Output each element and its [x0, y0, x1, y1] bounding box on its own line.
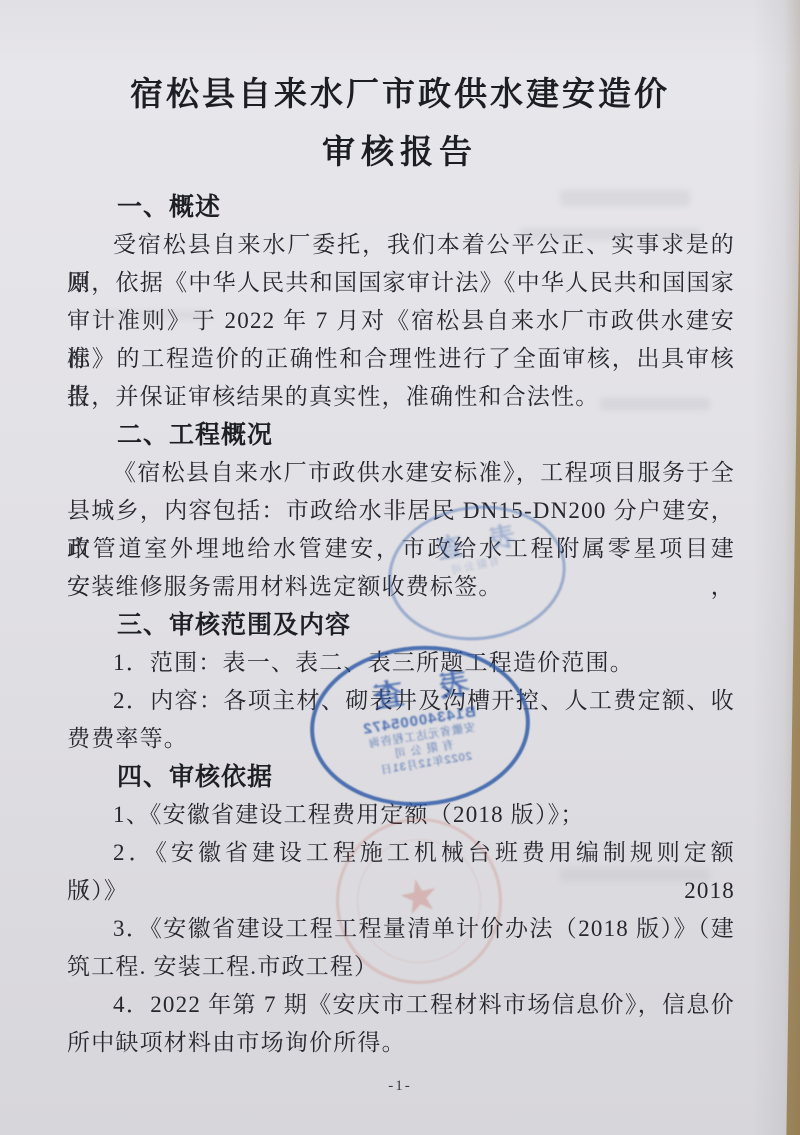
photo-of-document: { "document": { "title_line1": "宿松县自来水厂市…	[0, 0, 800, 1135]
document-title-line1: 宿松县自来水厂市政供水建安造价	[0, 70, 800, 118]
text-line: 审计准则》于 2022 年 7 月对《宿松县自来水厂市政供水建安标	[67, 302, 735, 340]
bleed-through-smudge	[520, 228, 700, 240]
bleed-through-smudge	[560, 190, 690, 206]
text-line: 则，依据《中华人民共和国国家审计法》《中华人民共和国国家	[67, 264, 735, 302]
section-heading-2: 二、工程概况	[67, 416, 735, 454]
document-title-line2: 审核报告	[0, 128, 800, 176]
paper-sheet: 宿松县自来水厂市政供水建安造价 审核报告 一、概述 受宿松县自来水厂委托，我们本…	[0, 0, 800, 1135]
page-number: -1-	[0, 1078, 800, 1095]
text-line: 准》的工程造价的正确性和合理性进行了全面审核，出具审核报	[67, 340, 735, 378]
text-line: 《宿松县自来水厂市政供水建安标准》，工程项目服务于全	[67, 454, 735, 492]
bleed-through-smudge	[90, 310, 210, 320]
text-line: 所中缺项材料由市场询价所得。	[67, 1024, 735, 1062]
red-seal-stamp: ★	[336, 818, 502, 984]
bleed-through-smudge	[560, 868, 710, 882]
text-line: 4．2022 年第 7 期《安庆市工程材料市场信息价》，信息价	[67, 986, 735, 1024]
blue-oval-stamp: 表 查 B14340005472 安徽省元达工程咨询 有 限 公 司 2022年…	[305, 639, 536, 814]
text-line: 告，并保证审核结果的真实性，准确性和合法性。	[67, 378, 735, 416]
bleed-through-smudge	[600, 398, 710, 410]
